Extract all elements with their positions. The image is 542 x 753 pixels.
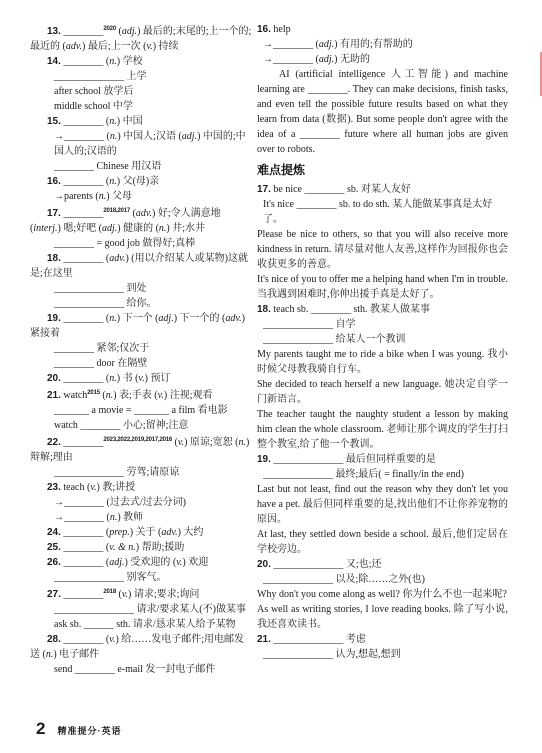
vocab-entry: 16. help→________ (adj.) 有用的;有帮助的→______… [257,22,508,157]
left-column: 13. ________2020 (adj.) 最后的;末尾的;上一个的;最近的… [30,22,253,677]
vocab-entry: 16. ________ (n.) 父(母)亲→parents (n.) 父母 [30,174,253,204]
text-segment: ______________ 劳驾;请原谅 [54,467,179,478]
entry-number: 21. [257,634,271,645]
right-column: 16. help→________ (adj.) 有用的;有帮助的→______… [257,22,508,662]
pos-tag: n. [109,176,117,187]
entry-number: 15. [47,116,61,127]
text-segment: watch ________ 小心;留神;注意 [54,420,188,431]
entry-number: 25. [47,542,61,553]
text-segment: ______________ 又;也;还 [271,559,382,570]
pos-tag: adv. [225,313,241,324]
entry-number: 16. [47,176,61,187]
entry-line: 21. ______________ 考虑 [257,632,508,647]
book-title: 精准提分·英语 [57,724,121,737]
entry-number: 17. [257,184,271,195]
text-segment: be nice ________ sb. 对某人友好 [271,184,411,195]
text-segment: ) 井;水井 [166,223,205,234]
entry-line: ________ 紧邻;仅次于 [54,341,253,356]
text-segment: ________________ 请求/要求某人(不)做某事 [54,604,246,615]
text-segment: ________ ( [61,56,109,67]
example-sentence: As well as writing stories, I love readi… [257,602,508,632]
entry-number: 14. [47,56,61,67]
exam-years: 2018 [103,589,116,595]
text-segment: ) 关于 ( [130,527,162,538]
vocab-entry: 23. teach (v.) 教;讲授→________ (过去式/过去分词)→… [30,480,253,525]
pos-tag: n. [109,373,117,384]
pos-tag: n. [109,56,117,67]
entry-line: ______________ 别客气。 [54,570,253,585]
vocab-entry: 28. ________ (v.) 给……发电子邮件;用电邮发送 (n.) 电子… [30,632,253,677]
text-segment: ______________ 自学 [263,319,356,330]
text-segment: ________ [61,208,104,219]
entry-line: →________ (n.) 中国人;汉语 (adj.) 中国的;中国人的;汉语… [54,129,253,159]
text-segment: She decided to teach herself a new langu… [257,379,508,405]
text-segment: ______________ 给某人一个教训 [263,334,406,345]
entry-line: after school 放学后 [54,84,253,99]
vocab-entry: 19. ______________ 最后但同样重要的是____________… [257,452,508,557]
text-segment: ) 受欢迎的 ( [125,557,177,568]
text-segment: The teacher taught the naughty student a… [257,409,508,450]
vocab-entry: 26. ________ (adj.) 受欢迎的 (v.) 欢迎________… [30,555,253,585]
text-segment: ________ [61,589,104,600]
text-segment: ________ = good job 做得好;真棒 [54,238,195,249]
text-segment: ______________ 考虑 [271,634,366,645]
entry-line: 18. ________ (adv.) (用以介绍某人或某物)这就是;在这里 [30,251,253,281]
text-segment: ________ ( [61,373,109,384]
entry-line: 18. teach sb. ________ sth. 教某人做某事 [257,302,508,317]
vocab-entry: 19. ________ (n.) 下一个 (adj.) 下一个的 (adv.)… [30,311,253,371]
example-sentence: My parents taught me to ride a bike when… [257,347,508,377]
text-segment: It's nice ________ sb. to do sth. 某人能做某事… [263,199,492,225]
pos-tag: n. [109,116,117,127]
entry-line: ________________ 请求/要求某人(不)做某事 [54,602,253,617]
entry-line: 27. ________2018 (v.) 请求;要求;询问 [30,585,253,602]
text-segment: ______________ 到处 [54,283,147,294]
entry-line: ______________ 以及;除……之外(也) [263,572,508,587]
exam-years: 2023,2022,2019,2017,2016 [103,437,172,443]
vocab-entry: 15. ________ (n.) 中国→________ (n.) 中国人;汉… [30,114,253,174]
text-segment: ________ ( [61,313,109,324]
vocab-entry: 27. ________2018 (v.) 请求;要求;询问__________… [30,585,253,632]
pos-tag: adj. [319,54,334,65]
text-segment: ________ ( [61,116,109,127]
text-segment: ) 中国 [117,116,143,127]
text-segment: ) 原谅;宽恕 ( [184,437,238,448]
entry-number: 17. [47,208,61,219]
text-segment: ______________ 别客气。 [54,572,167,583]
text-segment: ________ ( [61,527,109,538]
text-segment: _______ a movie = _______ a film 看电影 [54,405,228,416]
text-segment: ) 大约 [178,527,204,538]
entry-line: ________ Chinese 用汉语 [54,159,253,174]
pos-tag: adv. [109,253,125,264]
text-segment: ) 父母 [106,191,132,202]
entry-line: 28. ________ (v.) 给……发电子邮件;用电邮发送 (n.) 电子… [30,632,253,662]
entry-line: watch ________ 小心;留神;注意 [54,418,253,433]
entry-line: 25. ________ (v. & n.) 帮助;援助 [30,540,253,555]
entry-line: →________ (n.) 教师 [54,510,253,525]
text-segment: ) 嗯;好吧 ( [58,223,102,234]
text-segment: ) 持续 [153,41,179,52]
text-segment: ) 预订 [145,373,171,384]
entry-number: 22. [47,437,61,448]
text-segment: ________ 紧邻;仅次于 [54,343,149,354]
entry-line: 23. teach (v.) 教;讲授 [30,480,253,495]
pos-tag: n. [239,437,247,448]
text-segment: teach sb. ________ sth. 教某人做某事 [271,304,430,315]
exam-years: 2018,2017 [103,208,130,214]
entry-line: →________ (adj.) 有用的;有帮助的 [263,37,508,52]
entry-number: 20. [47,373,61,384]
entry-number: 19. [47,313,61,324]
text-segment: ________ ( [61,557,109,568]
text-segment: ) 学校 [117,56,143,67]
text-segment: ) 书 ( [117,373,139,384]
page-number: 2 [36,719,45,739]
vocab-entry: 18. ________ (adv.) (用以介绍某人或某物)这就是;在这里__… [30,251,253,311]
text-segment: ) 无助的 [334,54,370,65]
entry-line: 15. ________ (n.) 中国 [30,114,253,129]
text-segment: ______________ 上学 [54,71,147,82]
text-segment: ) 注视;观看 [164,390,213,401]
entry-line: ______________ 自学 [263,317,508,332]
entry-line: 20. ______________ 又;也;还 [257,557,508,572]
vocab-entry: 21. watch2015 (n.) 表;手表 (v.) 注视;观看______… [30,386,253,433]
entry-line: →________ (adj.) 无助的 [263,52,508,67]
example-sentence: Please be nice to others, so that you wi… [257,227,508,272]
vocab-entry: 17. ________2018,2017 (adv.) 好;令人满意地 (in… [30,204,253,251]
entry-line: ______________ 给某人一个教训 [263,332,508,347]
text-segment: AI (artificial intelligence 人工智能) and ma… [257,69,508,155]
pos-tag: interj. [33,223,57,234]
text-segment: ) 中国人;汉语 ( [117,131,181,142]
entry-number: 21. [47,390,61,401]
section-header: 难点提炼 [257,163,508,178]
entry-line: 14. ________ (n.) 学校 [30,54,253,69]
vocab-entry: 18. teach sb. ________ sth. 教某人做某事______… [257,302,508,452]
text-segment: Please be nice to others, so that you wi… [257,229,508,270]
entry-number: 27. [47,589,61,600]
pos-tag: adj. [319,39,334,50]
entry-number: 18. [47,253,61,264]
entry-number: 18. [257,304,271,315]
page-footer: 2 精准提分·英语 [36,719,121,739]
text-segment: →parents ( [54,191,99,202]
text-segment: →________ ( [263,39,319,50]
text-segment: help [271,24,291,35]
vocab-entry: 14. ________ (n.) 学校______________ 上学aft… [30,54,253,114]
entry-number: 24. [47,527,61,538]
pos-tag: adv. [66,41,82,52]
entry-number: 20. [257,559,271,570]
example-sentence: Why don't you come along as well? 你为什么不也… [257,587,508,602]
text-segment: ) 帮助;援助 [136,542,185,553]
text-segment: ______________ 最终;最后( = finally/in the e… [263,469,464,480]
text-segment: My parents taught me to ride a bike when… [257,349,508,375]
entry-line: →________ (过去式/过去分词) [54,495,253,510]
vocab-entry: 13. ________2020 (adj.) 最后的;末尾的;上一个的;最近的… [30,22,253,54]
vocab-entry: 20. ______________ 又;也;还______________ 以… [257,557,508,632]
text-segment: ) 有用的;有帮助的 [334,39,413,50]
vocab-entry: 17. be nice ________ sb. 对某人友好It's nice … [257,182,508,302]
text-segment: teach ( [61,482,90,493]
example-sentence: Last but not least, find out the reason … [257,482,508,527]
pos-tag: prep. [109,527,129,538]
entry-line: 21. watch2015 (n.) 表;手表 (v.) 注视;观看 [30,386,253,403]
text-segment: middle school 中学 [54,101,133,112]
text-segment: →________ ( [263,54,319,65]
text-segment: ________ ( [61,176,109,187]
entry-line: ______________ 给你。 [54,296,253,311]
text-segment: Why don't you come along as well? 你为什么不也… [257,589,507,600]
text-segment: ________ ( [61,253,109,264]
text-segment: ) 电子邮件 [53,649,99,660]
entry-line: 17. ________2018,2017 (adv.) 好;令人满意地 (in… [30,204,253,236]
entry-line: ______________ 认为,想起,想到 [263,647,508,662]
entry-line: 16. help [257,22,508,37]
vocab-entry: 21. ______________ 考虑______________ 认为,想… [257,632,508,662]
exam-years: 2015 [87,390,100,396]
entry-line: ask sb. ______ sth. 请求/恳求某人给予某物 [54,617,253,632]
entry-line: 26. ________ (adj.) 受欢迎的 (v.) 欢迎 [30,555,253,570]
text-segment: →________ ( [54,131,110,142]
entry-line: middle school 中学 [54,99,253,114]
text-segment: ________ ( [61,542,109,553]
vocab-entry: 24. ________ (prep.) 关于 (adv.) 大约 [30,525,253,540]
text-segment: ) 下一个 ( [117,313,159,324]
entry-line: send ________ e-mail 发一封电子邮件 [54,662,253,677]
text-segment: ) 最后;上一次 ( [82,41,146,52]
pos-tag: adj. [122,26,137,37]
text-segment: →________ (过去式/过去分词) [54,497,186,508]
text-segment: ________ door 在隔壁 [54,358,147,369]
entry-line: 19. ______________ 最后但同样重要的是 [257,452,508,467]
entry-line: _______ a movie = _______ a film 看电影 [54,403,253,418]
entry-number: 19. [257,454,271,465]
entry-line: 16. ________ (n.) 父(母)亲 [30,174,253,189]
text-segment: ask sb. ______ sth. 请求/恳求某人给予某物 [54,619,236,630]
entry-line: ________ = good job 做得好;真棒 [54,236,253,251]
text-segment: ) 教师 [117,512,143,523]
text-segment: ) 健康的 ( [117,223,159,234]
text-segment: ) 表;手表 ( [113,390,157,401]
entry-number: 13. [47,26,61,37]
example-sentence: AI (artificial intelligence 人工智能) and ma… [257,67,508,157]
text-segment: As well as writing stories, I love readi… [257,604,508,630]
text-segment: after school 放学后 [54,86,133,97]
text-segment: ______________ 认为,想起,想到 [263,649,401,660]
text-segment: ______________ 最后但同样重要的是 [271,454,436,465]
entry-line: ______________ 劳驾;请原谅 [54,465,253,480]
entry-line: It's nice ________ sb. to do sth. 某人能做某事… [263,197,508,227]
pos-tag: adj. [102,223,117,234]
entry-line: 13. ________2020 (adj.) 最后的;末尾的;上一个的;最近的… [30,22,253,54]
entry-line: 22. ________2023,2022,2019,2017,2016 (v.… [30,433,253,465]
pos-tag: adj. [182,131,197,142]
text-segment: At last, they settled down beside a scho… [257,529,508,555]
book-page: 13. ________2020 (adj.) 最后的;末尾的;上一个的;最近的… [0,0,542,753]
text-segment: ________ ( [61,634,109,645]
entry-line: →parents (n.) 父母 [54,189,253,204]
pos-tag: n. [109,313,117,324]
entry-line: 24. ________ (prep.) 关于 (adv.) 大约 [30,525,253,540]
example-sentence: At last, they settled down beside a scho… [257,527,508,557]
vocab-entry: 25. ________ (v. & n.) 帮助;援助 [30,540,253,555]
text-segment: ________ Chinese 用汉语 [54,161,161,172]
pos-tag: adv. [161,527,177,538]
exam-years: 2020 [103,26,116,32]
entry-line: ______________ 到处 [54,281,253,296]
text-segment: ________ [61,26,104,37]
text-segment: →________ ( [54,512,110,523]
pos-tag: adv. [136,208,152,219]
vocab-entry: 22. ________2023,2022,2019,2017,2016 (v.… [30,433,253,480]
text-segment: ) 教;讲授 [97,482,136,493]
pos-tag: adj. [109,557,124,568]
text-segment: ______________ 以及;除……之外(也) [263,574,425,585]
text-segment: ______________ 给你。 [54,298,157,309]
text-segment: send ________ e-mail 发一封电子邮件 [54,664,215,675]
pos-tag: adj. [158,313,173,324]
text-segment: ________ [61,437,104,448]
entry-line: ________ door 在隔壁 [54,356,253,371]
text-segment: ) 请求;要求;询问 [128,589,199,600]
text-segment: Last but not least, find out the reason … [257,484,508,525]
entry-number: 23. [47,482,61,493]
entry-number: 16. [257,24,271,35]
example-sentence: It's nice of you to offer me a helping h… [257,272,508,302]
example-sentence: The teacher taught the naughty student a… [257,407,508,452]
text-segment: ) 下一个的 ( [174,313,226,324]
entry-number: 28. [47,634,61,645]
entry-line: ______________ 最终;最后( = finally/in the e… [263,467,508,482]
text-segment: ) 父(母)亲 [117,176,160,187]
entry-line: ______________ 上学 [54,69,253,84]
entry-line: 19. ________ (n.) 下一个 (adj.) 下一个的 (adv.)… [30,311,253,341]
example-sentence: She decided to teach herself a new langu… [257,377,508,407]
text-segment: ) 欢迎 [182,557,208,568]
text-segment: watch [61,390,87,401]
text-segment: It's nice of you to offer me a helping h… [257,274,508,300]
entry-line: 20. ________ (n.) 书 (v.) 预订 [30,371,253,386]
vocab-entry: 20. ________ (n.) 书 (v.) 预订 [30,371,253,386]
pos-tag: v. & n. [109,542,135,553]
entry-line: 17. be nice ________ sb. 对某人友好 [257,182,508,197]
entry-number: 26. [47,557,61,568]
